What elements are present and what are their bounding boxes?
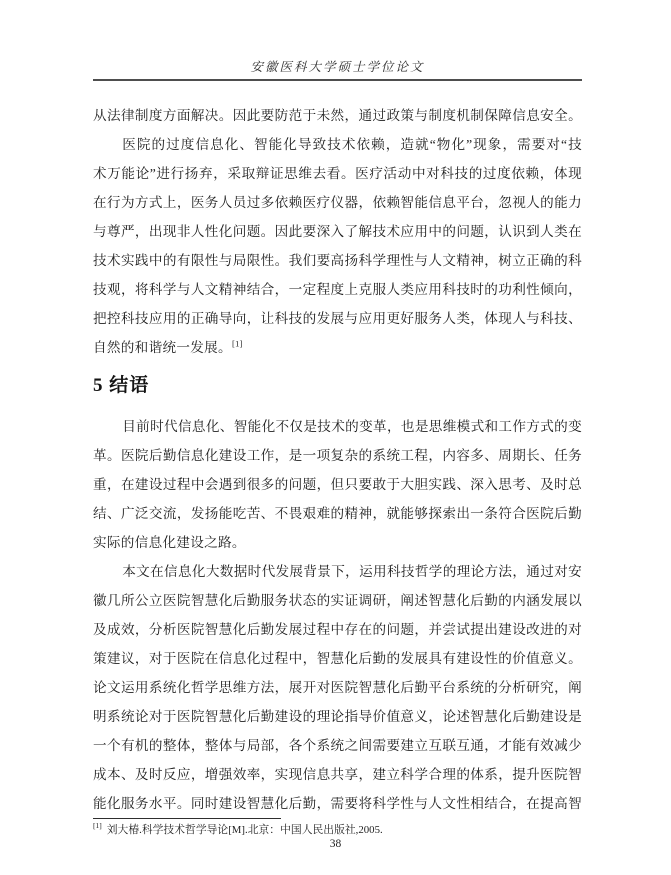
- paragraph-era-change: 目前时代信息化、智能化不仅是技术的变革，也是思维模式和工作方式的变革。医院后勤信…: [93, 412, 582, 557]
- running-head-title: 安徽医科大学硕士学位论文: [93, 57, 582, 75]
- paragraph-group-before-heading: 从法律制度方面解决。因此要防范于未然，通过政策与制度机制保障信息安全。医院的过度…: [93, 101, 582, 362]
- thesis-page: 安徽医科大学硕士学位论文 从法律制度方面解决。因此要防范于未然，通过政策与制度机…: [0, 0, 671, 875]
- body-line: 实际的信息化建设之路。: [93, 528, 582, 557]
- page-number: 38: [0, 838, 671, 850]
- page-body: 从法律制度方面解决。因此要防范于未然，通过政策与制度机制保障信息安全。医院的过度…: [93, 101, 582, 818]
- section-heading: 5 结语: [93, 371, 582, 401]
- paragraph-tech-dependence: 医院的过度信息化、智能化导致技术依赖，造就“物化”现象，需要对“技术万能论”进行…: [93, 130, 582, 362]
- body-line: 一个有机的整体，整体与局部，各个系统之间需要建立互联互通，才能有效减少: [93, 731, 582, 760]
- body-line: 策建议，对于医院在信息化过程中，智慧化后勤的发展具有建设性的价值意义。: [93, 644, 582, 673]
- body-line: 医院的过度信息化、智能化导致技术依赖，造就“物化”现象，需要对“技: [93, 130, 582, 159]
- paragraph-continuation: 从法律制度方面解决。因此要防范于未然，通过政策与制度机制保障信息安全。: [93, 101, 582, 130]
- body-line: 与尊严，出现非人性化问题。因此要深入了解技术应用中的问题，认识到人类在: [93, 217, 582, 246]
- paragraph-thesis-summary: 本文在信息化大数据时代发展背景下，运用科技哲学的理论方法，通过对安徽几所公立医院…: [93, 557, 582, 818]
- body-line: 及成效，分析医院智慧化后勤发展过程中存在的问题，并尝试提出建设改进的对: [93, 615, 582, 644]
- body-line: 结、广泛交流，发扬能吃苦、不畏艰难的精神，就能够探索出一条符合医院后勤: [93, 499, 582, 528]
- footnote-ref: [1]: [232, 338, 243, 348]
- body-line: 明系统论对于医院智慧化后勤建设的理论指导价值意义，论述智慧化后勤建设是: [93, 702, 582, 731]
- body-line: 重，在建设过程中会遇到很多的问题，但只要敢于大胆实践、深入思考、及时总: [93, 470, 582, 499]
- body-line: 技观，将科学与人文精神结合，一定程度上克服人类应用科技时的功利性倾向，: [93, 275, 582, 304]
- paragraph-group-after-heading: 目前时代信息化、智能化不仅是技术的变革，也是思维模式和工作方式的变革。医院后勤信…: [93, 412, 582, 818]
- footnote-separator-rule: [93, 818, 281, 819]
- footnote-marker: [1]: [93, 821, 102, 830]
- body-line: 技术实践中的有限性与局限性。我们要高扬科学理性与人文精神，树立正确的科: [93, 246, 582, 275]
- body-line: 把控科技应用的正确导向，让科技的发展与应用更好服务人类，体现人与科技、: [93, 304, 582, 333]
- body-line: 徽几所公立医院智慧化后勤服务状态的实证调研，阐述智慧化后勤的内涵发展以: [93, 586, 582, 615]
- body-line: 革。医院后勤信息化建设工作，是一项复杂的系统工程，内容多、周期长、任务: [93, 441, 582, 470]
- body-line: 自然的和谐统一发展。[1]: [93, 333, 582, 362]
- body-line: 论文运用系统化哲学思维方法，展开对医院智慧化后勤平台系统的分析研究，阐: [93, 673, 582, 702]
- body-line: 在行为方式上，医务人员过多依赖医疗仪器，依赖智能信息平台，忽视人的能力: [93, 188, 582, 217]
- body-line: 成本、及时反应，增强效率，实现信息共享，建立科学合理的体系，提升医院智: [93, 760, 582, 789]
- body-line: 本文在信息化大数据时代发展背景下，运用科技哲学的理论方法，通过对安: [93, 557, 582, 586]
- body-line: 目前时代信息化、智能化不仅是技术的变革，也是思维模式和工作方式的变: [93, 412, 582, 441]
- footnote-text: 刘大椿.科学技术哲学导论[M].北京：中国人民出版社,2005.: [107, 824, 383, 836]
- page-header: 安徽医科大学硕士学位论文: [93, 57, 582, 81]
- footnote: [1]刘大椿.科学技术哲学导论[M].北京：中国人民出版社,2005.: [93, 823, 582, 838]
- body-line: 从法律制度方面解决。因此要防范于未然，通过政策与制度机制保障信息安全。: [93, 101, 582, 130]
- body-line: 术万能论”进行扬弃，采取辩证思维去看。医疗活动中对科技的过度依赖，体现: [93, 159, 582, 188]
- body-line: 能化服务水平。同时建设智慧化后勤，需要将科学性与人文性相结合，在提高智: [93, 789, 582, 818]
